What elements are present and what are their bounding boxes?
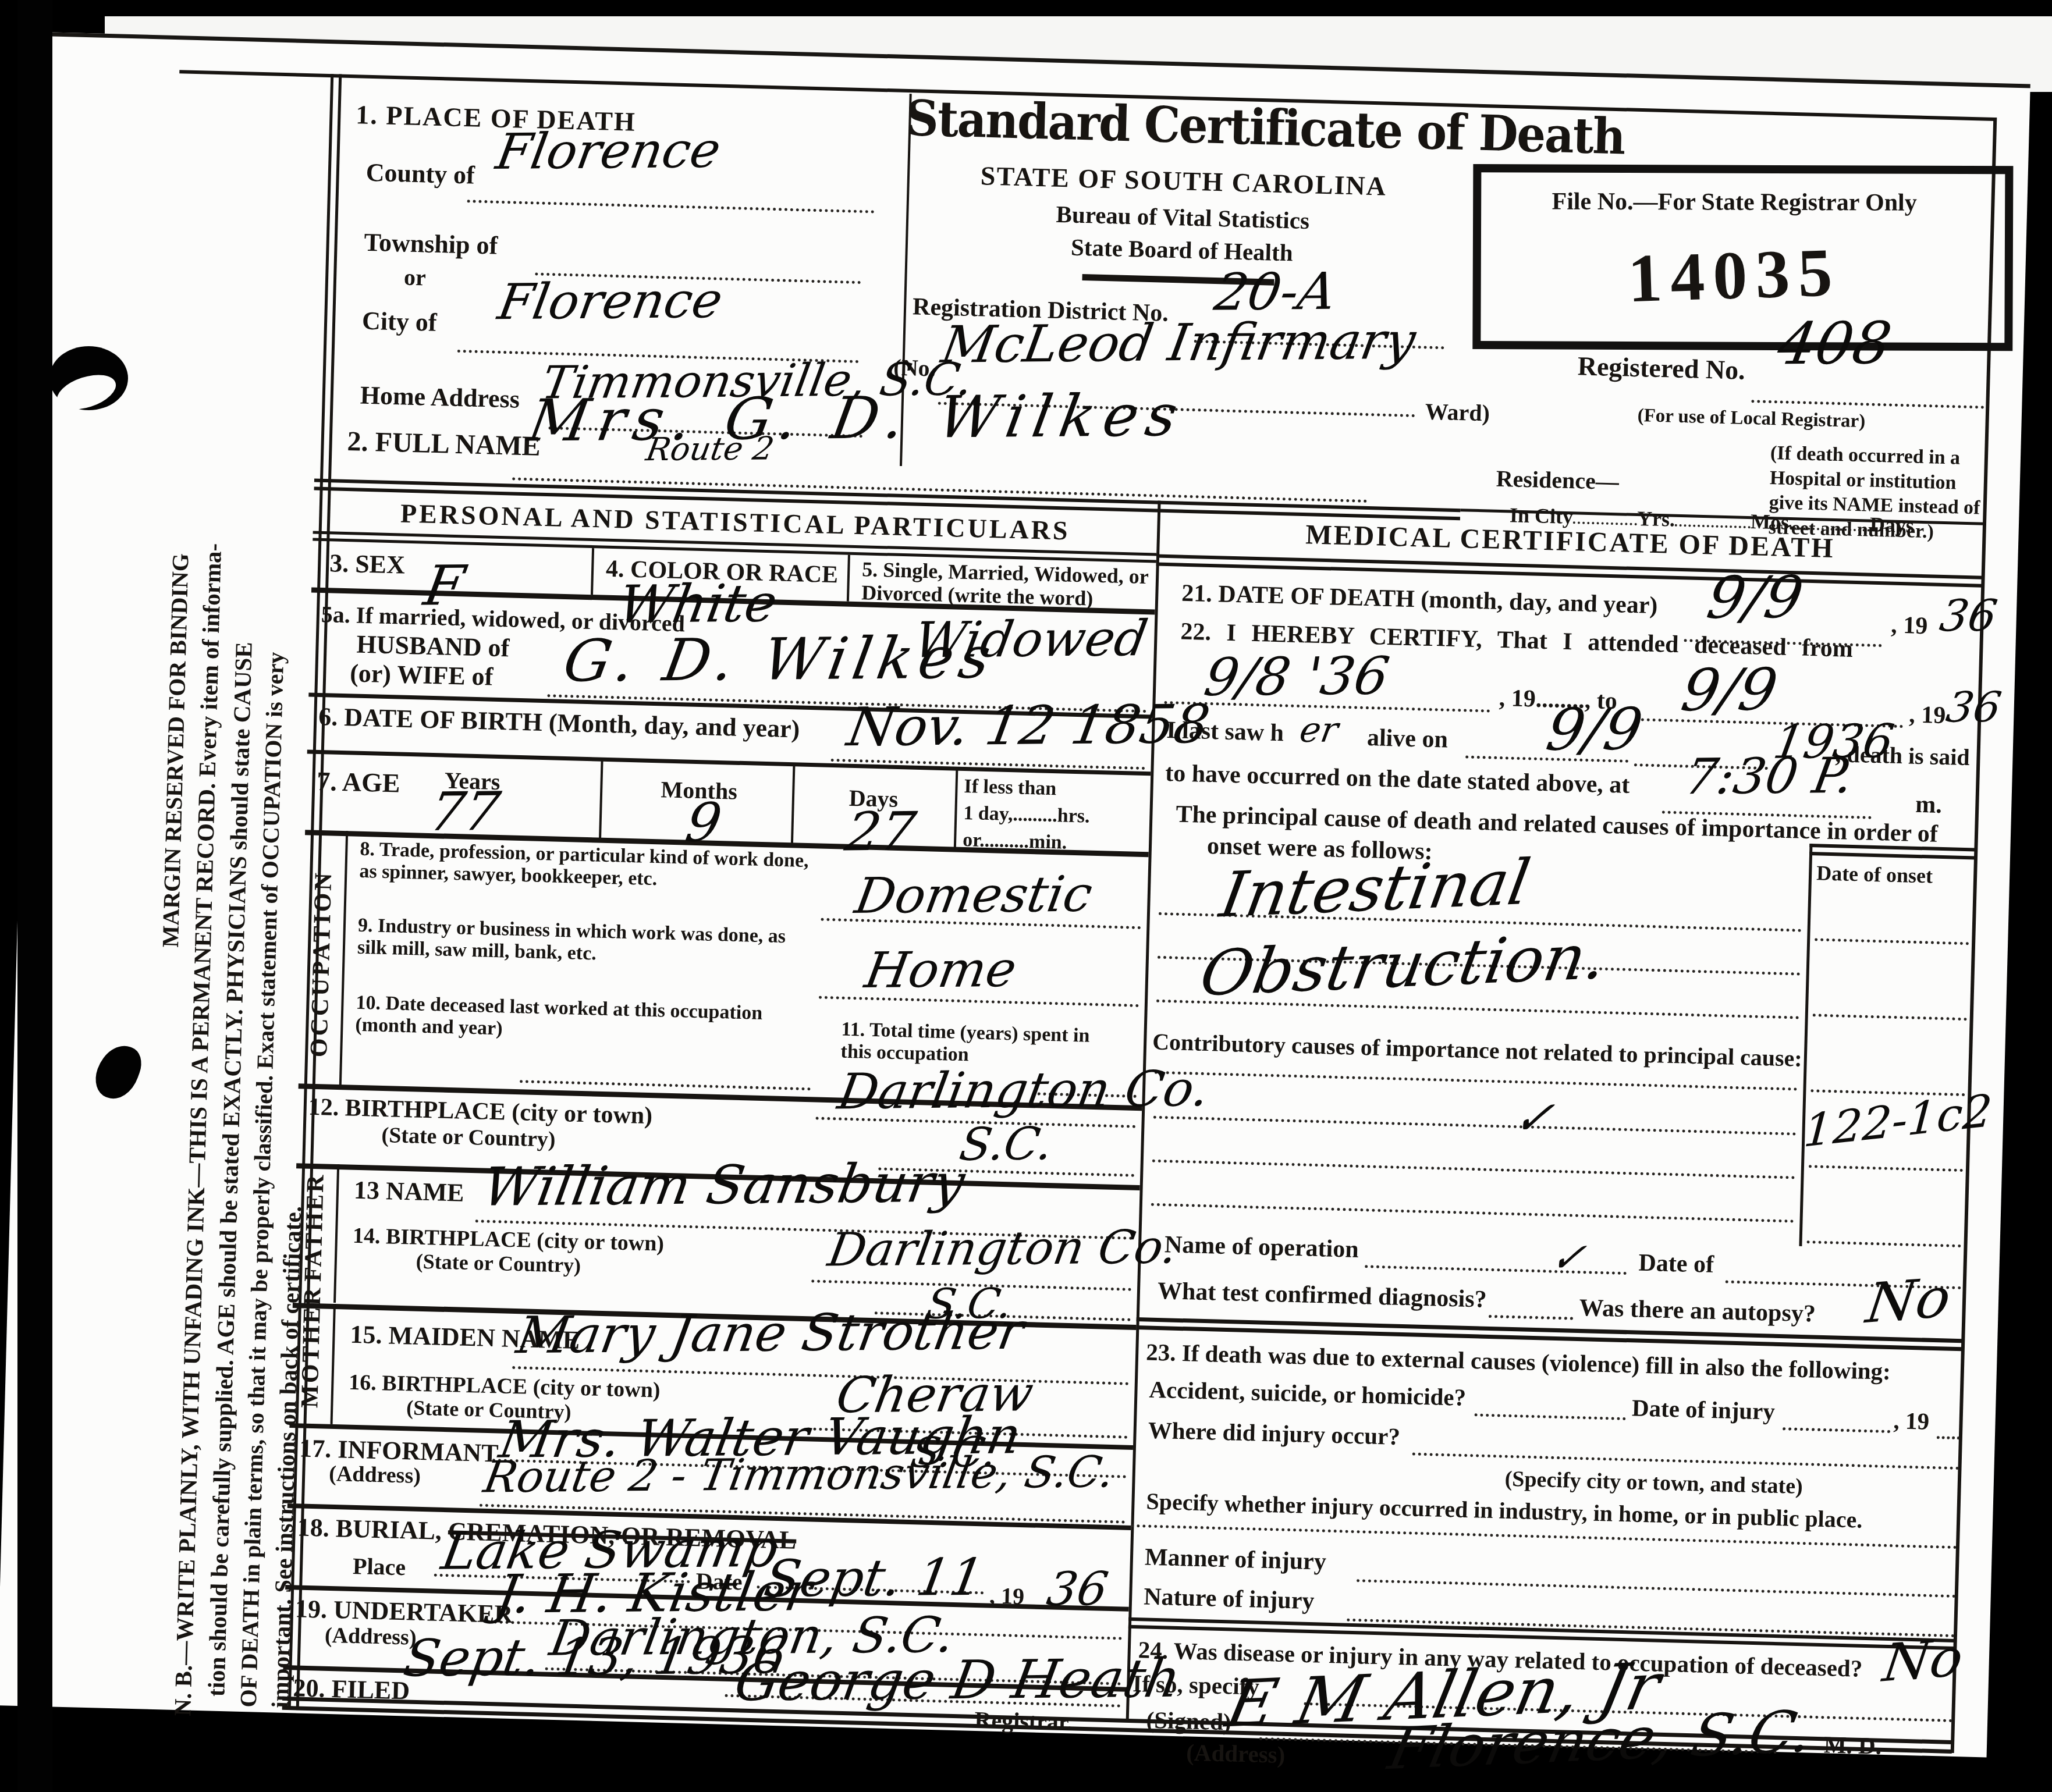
dotted-line [1937,1436,1960,1439]
q8-label: 8. Trade, profession, or particular kind… [359,838,814,895]
dotted-line [1489,1315,1573,1320]
rule [1951,118,1997,1753]
q22-seen-value: 9/9 [1543,701,1647,759]
dotted-line [1357,1579,1956,1598]
q23-where-label: Where did injury occur? [1148,1417,1400,1450]
full-name-value: Mrs. G. D. Wilkes [524,386,1190,450]
county-label: County of [365,158,475,190]
age-less-line3: or..........min. [963,829,1067,854]
operation-checkmark: ✓ [1548,1237,1589,1278]
dotted-line [1153,1116,1797,1136]
dotted-line [1783,1427,1890,1433]
occupation-side-label: OCCUPATION [305,870,338,1058]
test-confirmed-label: What test confirmed diagnosis? [1157,1277,1487,1314]
q21-value: 9/9 [1703,568,1808,627]
file-box-label: File No.—For State Registrar Only [1481,187,1987,217]
autopsy-label: Was there an autopsy? [1579,1294,1816,1328]
dotted-line [1815,938,1969,945]
rule [591,548,594,595]
scan-edge-mark [17,0,52,1792]
q5a-husband-label: HUSBAND of [356,630,510,663]
operation-label: Name of operation [1164,1231,1359,1264]
q15-value: Mary Jane Strother [513,1306,1028,1361]
q20-registrar-signature: George D Heath [731,1652,1184,1709]
dotted-line [1412,1453,1959,1470]
dotted-line [1807,1240,1961,1247]
state-line: STATE OF SOUTH CAROLINA [904,159,1463,204]
father-side-label: FATHER [299,1173,330,1282]
cause-of-death-line1: Intestinal [1216,852,1535,927]
q20-date-value: Sept. 13, 1936 [400,1630,791,1684]
age-label: 7. AGE [317,766,400,799]
city-value: Florence [495,276,726,327]
local-registrar-note: (For use of Local Registrar) [1637,405,1865,433]
rule [339,831,348,1085]
dotted-leader [1675,507,1751,528]
home-address-label: Home Address [360,381,520,415]
mother-side-label: MOTHER [296,1286,326,1409]
q19-sub-label: (Address) [324,1623,417,1651]
cause-of-death-line2: Obstruction. [1196,926,1611,1005]
township-or: or [404,264,427,291]
q14-sub-label: (State or Country) [416,1250,581,1278]
q5a-wife-label: (or) WIFE of [350,659,494,692]
q22-meridiem: m. [1915,791,1943,819]
q14-value: Darlington Co. [825,1224,1181,1274]
dotted-leader [1794,510,1870,531]
residence-label: Residence— [1496,465,1619,496]
q21-year-value: 36 [1937,594,2000,638]
physician-address-label: (Address) [1186,1739,1286,1769]
age-less-line2: 1 day,.........hrs. [963,802,1090,828]
signed-label: (Signed) [1146,1706,1231,1736]
age-years-value: 77 [426,785,503,839]
dotted-line [1809,1165,1963,1172]
file-number-stamp: 14035 [1480,228,1989,323]
autopsy-value: No [1863,1271,1954,1332]
city-label: City of [362,307,438,338]
q17-sub-label: (Address) [329,1462,421,1489]
rule [954,769,958,848]
q17-address-value: Route 2 - Timmonsville, S.C. [481,1450,1117,1499]
registration-district-value: 20-A [1211,266,1340,318]
q18-label-text: 18. BURIAL, [297,1513,442,1545]
q9-label: 9. Industry or business in which work wa… [357,915,812,971]
q12-label: 12. BIRTHPLACE (city or town) [308,1093,653,1130]
registered-no-value: 408 [1774,314,1895,373]
q22-alive-on: alive on [1366,724,1448,754]
rule [791,765,796,843]
township-label: Township of [364,228,498,261]
q23-accident-label: Accident, suicide, or homicide? [1149,1376,1467,1411]
file-number-box: File No.—For State Registrar Only 14035 [1472,164,2013,351]
q22-to-value: 9/9 [1678,661,1782,720]
q10-label: 10. Date deceased last worked at this oc… [355,992,798,1048]
q22-her-insert: er [1297,713,1341,748]
dotted-line [1151,1203,1794,1223]
ward-label: Ward) [1425,398,1490,426]
q18-year-value: 36 [1044,1566,1112,1612]
dob-value: Nov. 12 1858 [844,698,1213,754]
marital-label: 5. Single, Married, Widowed, or Divorced… [861,558,1151,611]
onset-code-value: 122-1c2 [1802,1089,1994,1154]
dotted-line [1155,1071,1798,1091]
age-less-line1: If less than [964,775,1057,800]
dob-label: 6. DATE OF BIRTH (Month, day, and year) [318,702,800,744]
q13-label: 13 NAME [353,1176,464,1208]
dotted-line [467,200,875,213]
dotted-line [1813,1014,1967,1021]
q22-to-year-value: 36 [1943,686,2004,728]
rule [847,555,850,602]
q21-year-pre: , 19 [1891,611,1928,641]
q12-value: Darlington Co. [835,1064,1213,1117]
q18-place-label: Place [353,1553,406,1581]
q23-specify-city-label: (Specify city or town, and state) [1504,1467,1803,1500]
rule [1809,852,1975,859]
q18-year-pre: , 19 [989,1583,1025,1610]
institution-value: McLeod Infirmary [938,315,1419,371]
q23-19: , 19 [1893,1407,1930,1435]
nature-of-injury-label: Nature of injury [1144,1583,1315,1616]
dotted-leader [1573,504,1638,525]
q21-label: 21. DATE OF DEATH (month, day, and year) [1181,579,1658,620]
q24-value: No [1880,1632,1966,1690]
manner-of-injury-label: Manner of injury [1144,1544,1326,1576]
contributory-checkmark: ✓ [1510,1095,1557,1142]
rule [599,760,603,838]
registrar-label: Registrar. [974,1706,1073,1736]
rule [331,1304,336,1424]
scanned-death-certificate: { "colors": {"paper": "#fcfcfb", "ink": … [0,0,2052,1792]
age-days-value: 27 [842,805,919,859]
dotted-line [520,1080,811,1090]
date-of-label: Date of [1638,1249,1714,1279]
q12-state-value: S.C. [957,1122,1056,1168]
date-of-onset-label: Date of onset [1816,861,1933,888]
q22-time-value: 7:30 P. [1682,751,1857,802]
sex-label: 3. SEX [329,549,406,580]
q23-date-of-injury-label: Date of injury [1631,1394,1775,1425]
full-name-label: 2. FULL NAME [347,425,541,463]
registered-no-label: Registered No. [1577,351,1745,386]
margin-binding-note: MARGIN RESERVED FOR BINDING [157,553,194,948]
q13-value: William Sansbury [479,1157,968,1214]
q22-from-value: 9/8 '36 [1201,650,1393,704]
certificate-paper: MARGIN RESERVED FOR BINDING N. B.—WRITE … [0,32,2030,1758]
dotted-line [1751,400,1984,408]
md-label: M. D. [1823,1731,1881,1760]
q22-19b: , 19 [1909,701,1946,730]
q12-sub-label: (State or Country) [381,1123,556,1153]
dotted-line [1475,1413,1626,1420]
q22-occurred-line: to have occurred on the date stated abov… [1165,759,1630,799]
county-value: Florence [493,126,724,177]
spouse-value: G. D. Wilkes [560,629,1000,691]
physician-address-value: Florence, S.C. [1384,1702,1817,1778]
dotted-line [1365,1265,1627,1275]
race-value: White [615,578,780,631]
rule [333,1164,339,1303]
q20-label: 20. FILED [293,1673,410,1706]
contributory-label: Contributory causes of importance not re… [1152,1029,1803,1072]
q8-value: Domestic [851,870,1095,921]
q9-value: Home [861,945,1020,995]
dotted-line [1152,1160,1795,1179]
